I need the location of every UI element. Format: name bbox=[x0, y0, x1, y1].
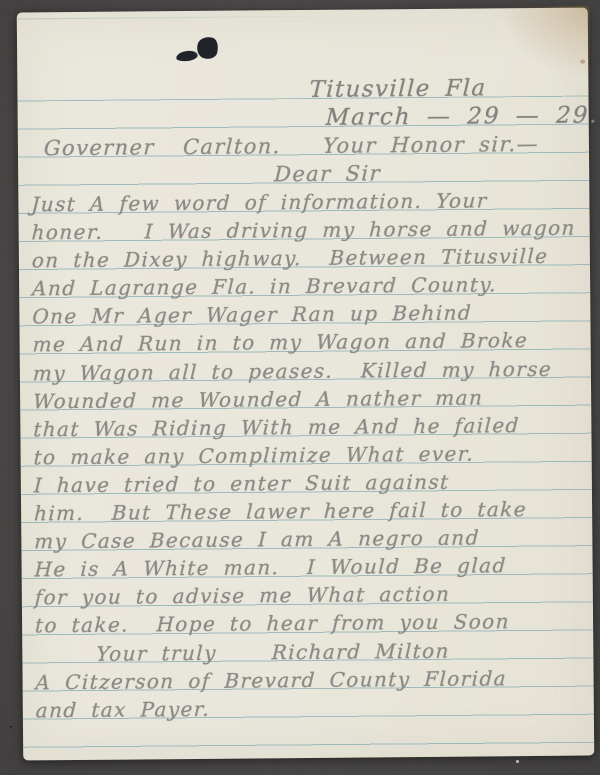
dust-speck bbox=[516, 760, 519, 763]
letter-line-address: Governer Carlton. Your Honor sir.— bbox=[43, 129, 539, 163]
letter-lines: Titusville FlaMarch — 29 — 29.Governer C… bbox=[17, 8, 595, 761]
letter-line-heading: Titusville Fla bbox=[309, 73, 487, 105]
scan-background: Titusville FlaMarch — 29 — 29.Governer C… bbox=[0, 0, 600, 775]
dust-speck bbox=[10, 726, 12, 728]
letter-line-body: A Citzerson of Brevard County Florida bbox=[35, 663, 508, 697]
letter-line-salutation: Dear Sir bbox=[274, 158, 382, 189]
letter-line-date: March — 29 — 29. bbox=[325, 100, 599, 132]
letter-line-body: and tax Payer. bbox=[35, 694, 211, 726]
foxing-dot bbox=[580, 60, 585, 64]
letter-paper: Titusville FlaMarch — 29 — 29.Governer C… bbox=[17, 8, 595, 761]
